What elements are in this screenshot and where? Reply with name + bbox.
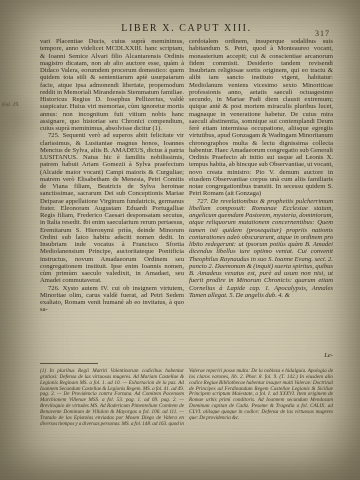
section-726-paragraph: 726. Xysto autem IV. cui ob insignem vir… [40, 285, 184, 314]
running-title: LIBER X. CAPUT XIII. [40, 23, 333, 34]
section-727-paragraph: 727. De revelationibus & prophetiis pulc… [189, 198, 333, 300]
footnote-column-left: (1) In pluribus Regii Matriti Valentinor… [40, 369, 184, 427]
body-paragraph-continuation: vari Placentiae Ducis, cuius suprà memin… [40, 38, 184, 132]
page-number: 317 [315, 29, 330, 38]
margin-note: Fol. 19. [2, 102, 20, 108]
section-725-paragraph: 725. Sequenti verò ad superos abiit feli… [40, 132, 184, 284]
footnote-column-right: Valerae reperiri posse multa: De la nobl… [189, 369, 333, 422]
catchword: Le- [189, 352, 333, 359]
text-column-right: cerdotalem ordinem, insuperque sodalibus… [189, 38, 333, 299]
text-column-left: vari Placentiae Ducis, cuius suprà memin… [40, 38, 184, 314]
footnote-divider [40, 363, 98, 364]
page-header: LIBER X. CAPUT XIII. [40, 23, 333, 36]
book-page-scan: LIBER X. CAPUT XIII. 317 Fol. 19. vari P… [0, 0, 360, 480]
body-paragraph-right: cerdotalem ordinem, insuperque sodalibus… [189, 38, 333, 198]
